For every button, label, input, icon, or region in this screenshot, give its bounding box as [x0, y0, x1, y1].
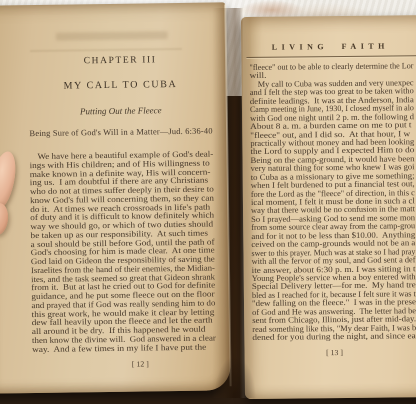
running-header-rule — [246, 55, 416, 58]
left-page: CHAPTER III MY CALL TO CUBA Putting Out … — [0, 2, 231, 393]
chapter-title: MY CALL TO CUBA — [28, 79, 212, 93]
chapter-heading: CHAPTER III — [28, 55, 212, 68]
text-line: dened for you during the night, and sinc… — [252, 332, 416, 342]
right-page-body: "fleece" out to be able to clearly deter… — [249, 62, 416, 342]
showthrough-text-ghost — [56, 31, 168, 41]
text-line: "fleece" out to be able to clearly deter… — [249, 62, 413, 72]
left-page-body: We have here a beautiful example of God'… — [29, 151, 216, 355]
right-page: LIVING FAITH "fleece" out to be able to … — [241, 15, 416, 399]
running-header: LIVING FAITH — [241, 41, 416, 52]
page-number-right: [ 13 ] — [252, 347, 416, 358]
showthrough-rule-ghost — [30, 48, 182, 52]
chapter-subtitle: Putting Out the Fleece — [29, 105, 213, 118]
text-line: way. And a few times in my life I have p… — [32, 343, 216, 354]
book-photo: CHAPTER III MY CALL TO CUBA Putting Out … — [0, 0, 416, 404]
scripture-reference: Being Sure of God's Will in a Matter—Jud… — [29, 127, 213, 139]
page-number-left: [ 12 ] — [48, 358, 232, 370]
